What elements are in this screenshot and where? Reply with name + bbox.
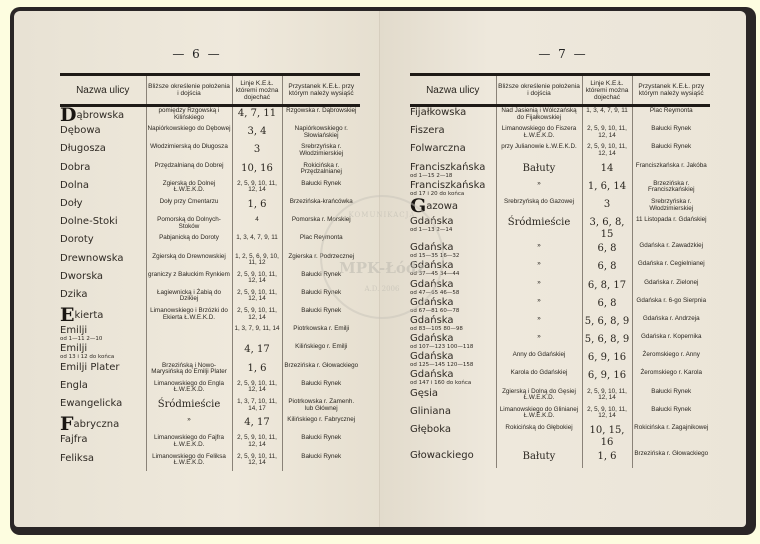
house-number-range: od 1—13 2—14 [410,227,495,233]
tram-stop-cell: Bałucki Rynek [632,143,710,161]
tram-stop-cell: Gdańska r. Kopernika [632,333,710,351]
col-directions: Bliższe określenie położenia i dojścia [146,75,232,106]
tram-lines-cell: 2, 5, 9, 10, 11, 12, 14 [232,180,282,198]
street-name: Dolne-Stoki [60,216,146,234]
street-label: Gdańska [410,297,454,308]
tram-stop-cell: Żeromskiego r. Karola [632,369,710,387]
table-row: FijałkowskaNad Jasienią i Wólczańską do … [410,106,710,126]
street-name: Emilji Plater [60,362,146,380]
street-label: azowa [426,201,458,212]
directions-cell [146,343,232,361]
tram-stop-cell: Gdańska r. Cegielnianej [632,260,710,278]
col-lines: Linje K.E.Ł. któremi można dojechać [582,75,632,106]
page-number: — 6 — [14,47,380,61]
street-label: Gdańska [410,315,454,326]
drop-cap: F [60,413,74,435]
tram-stop-cell: Bałucki Rynek [282,307,360,325]
tram-lines-cell: 1, 6 [232,362,282,380]
tram-stop-cell: Franciszkańska r. Jakóba [632,162,710,180]
directions-cell: Limanowskiego do Feliksa Ł.W.E.K.D. [146,453,232,471]
table-body: FijałkowskaNad Jasienią i Wólczańską do … [410,106,710,469]
street-name: Dębowa [60,125,146,143]
tram-stop-cell: Napiórkowskiego r. Słowiańskiej [282,125,360,143]
right-page: — 7 — Nazwa ulicy Bliższe określenie poł… [380,11,746,527]
tram-lines-cell: 2, 5, 9, 10, 11, 12, 14 [582,388,632,406]
directions-cell: graniczy z Bałuckim Rynkiem [146,271,232,289]
directions-cell: Srebrzyńską do Gazowej [496,198,582,216]
table-row: GęsiaZgierską i Dolną do Gęsiej Ł.W.E.K.… [410,388,710,406]
table-row: GłębokaRokicińską do Głębokiej10, 15, 16… [410,424,710,450]
table-row: DorotyPabjanicką do Doroty1, 3, 4, 7, 9,… [60,234,360,252]
tram-lines-cell: 6, 8, 17 [582,279,632,297]
directions-cell: Rokicińską do Głębokiej [496,424,582,450]
street-label: Doły [60,198,83,209]
tram-stop-cell: Plac Reymonta [282,234,360,252]
tram-stop-cell: 11 Listopada r. Gdańskiej [632,216,710,242]
table-header: Nazwa ulicy Bliższe określenie położenia… [410,75,710,106]
street-label: Gdańska [410,242,454,253]
directions-cell: Łagiewnicką i Żabią do Dzikiej [146,289,232,307]
street-name: Głowackiego [410,450,496,468]
left-page: — 6 — Nazwa ulicy Bliższe określenie poł… [14,11,380,527]
house-number-range: od 125—145 120—158 [410,362,495,368]
street-label: Ewangelicka [60,398,122,409]
street-label: Fiszera [410,125,445,136]
directions-cell: » [496,315,582,333]
table-row: DługoszaWłodzimierską do Długosza3Srebrz… [60,143,360,161]
table-row: Gdańskaod 37—45 34—44»6, 8Gdańska r. Ceg… [410,260,710,278]
tram-lines-cell: 6, 8 [582,260,632,278]
street-name: Dolna [60,180,146,198]
directions-cell: Śródmieście [146,398,232,416]
tram-stop-cell: Pomorska r. Morskiej [282,216,360,234]
street-label: Gdańska [410,369,454,380]
table-header: Nazwa ulicy Bliższe określenie położenia… [60,75,360,106]
street-name: Gdańskaod 83—105 80—98 [410,315,496,333]
tram-lines-cell: 2, 5, 9, 10, 11, 12, 14 [232,307,282,325]
street-name: Fabryczna [60,416,146,434]
tram-lines-cell: 2, 5, 9, 10, 11, 12, 14 [582,125,632,143]
street-label: abryczna [74,419,120,430]
table-row: GazowaSrebrzyńską do Gazowej3Srebrzyńska… [410,198,710,216]
table-row: Franciszkańskaod 1—15 2—18Bałuty14Franci… [410,162,710,180]
directions-cell: Limanowskiego i Brzózki do Ekierta Ł.W.E… [146,307,232,325]
directions-cell: Przędzalnianą do Dobrej [146,162,232,180]
tram-lines-cell: 1, 6, 14 [582,180,632,198]
page-number: — 7 — [380,47,746,61]
street-label: Gdańska [410,279,454,290]
directions-cell: » [496,180,582,198]
street-name: Gdańskaod 147 i 160 do końca [410,369,496,387]
street-label: Głowackiego [410,450,474,461]
tram-stop-cell: Bałucki Rynek [282,289,360,307]
street-name: Dąbrowska [60,106,146,126]
street-label: Emilji [60,343,87,354]
tram-stop-cell: Bałucki Rynek [282,271,360,289]
street-label: Doroty [60,234,94,245]
street-name: Gęsia [410,388,496,406]
tram-stop-cell: Rzgowska r. Dąbrowskiej [282,106,360,126]
street-name: Dworska [60,271,146,289]
drop-cap: D [60,104,76,126]
street-label: Dzika [60,289,87,300]
tram-lines-cell: 3, 6, 8, 15 [582,216,632,242]
tram-lines-cell: 2, 5, 9, 10, 11, 12, 14 [232,289,282,307]
tram-stop-cell: Bałucki Rynek [282,380,360,398]
tram-lines-cell: 10, 15, 16 [582,424,632,450]
table-row: Dolne-StokiPomorską do Dolnych-Stoków4Po… [60,216,360,234]
tram-stop-cell: Gdańska r. Zielonej [632,279,710,297]
tram-stop-cell: Plac Reymonta [632,106,710,126]
street-label: Folwarczna [410,143,466,154]
tram-lines-cell: 6, 8 [582,242,632,260]
street-label: kierta [74,310,103,321]
tram-stop-cell: Piotrkowska r. Emilji [282,325,360,343]
directions-cell: Limanowskiego do Engla Ł.W.E.K.D. [146,380,232,398]
table-row: Gdańskaod 83—105 80—98»5, 6, 8, 9Gdańska… [410,315,710,333]
street-label: Gdańska [410,260,454,271]
tram-lines-cell: 1, 3, 4, 7, 9, 11 [582,106,632,126]
street-label: Franciszkańska [410,162,485,173]
directions-cell: » [496,260,582,278]
tram-lines-cell: 2, 5, 9, 10, 11, 12, 14 [232,380,282,398]
col-directions: Bliższe określenie położenia i dojścia [496,75,582,106]
house-number-range: od 47—65 46—58 [410,290,495,296]
street-label: Fijałkowska [410,107,466,118]
street-name: Doły [60,198,146,216]
directions-cell: Limanowskiego do Fiszera Ł.W.E.K.D. [496,125,582,143]
street-name: Fijałkowska [410,106,496,126]
tram-stop-cell: Brzezińska r. Głowackiego [632,450,710,468]
directions-cell: pomiędzy Rzgowską i Kilińskiego [146,106,232,126]
house-number-range: od 13 i 12 do końca [60,354,145,360]
directions-cell: » [146,416,232,434]
directions-cell [146,325,232,343]
table-row: FajfraLimanowskiego do Fajfra Ł.W.E.K.D.… [60,434,360,452]
street-name: Gdańskaod 67—81 60—78 [410,297,496,315]
street-name: Gliniana [410,406,496,424]
street-label: Fajfra [60,434,88,445]
tram-stop-cell: Srebrzyńska r. Włodzimierskiej [632,198,710,216]
street-table-left: Nazwa ulicy Bliższe określenie położenia… [60,73,360,471]
table-row: Folwarcznaprzy Julianowie Ł.W.E.K.D.2, 5… [410,143,710,161]
tram-stop-cell: Kilińskiego r. Fabrycznej [282,416,360,434]
directions-cell: Napiórkowskiego do Dębowej [146,125,232,143]
col-street: Nazwa ulicy [410,75,496,106]
table-row: FeliksaLimanowskiego do Feliksa Ł.W.E.K.… [60,453,360,471]
street-name: Gdańskaod 107—123 100—118 [410,333,496,351]
table-row: EnglaLimanowskiego do Engla Ł.W.E.K.D.2,… [60,380,360,398]
directions-cell: Karola do Gdańskiej [496,369,582,387]
tram-lines-cell: 10, 16 [232,162,282,180]
table-row: Gdańskaod 147 i 160 do końcaKarola do Gd… [410,369,710,387]
table-row: DolnaZgierską do Dolnej Ł.W.E.K.D.2, 5, … [60,180,360,198]
street-name: Gdańskaod 125—145 120—158 [410,351,496,369]
tram-stop-cell: Kilińskiego r. Emilji [282,343,360,361]
col-stop: Przystanek K.E.Ł. przy którym należy wys… [632,75,710,106]
tram-stop-cell: Bałucki Rynek [282,453,360,471]
directions-cell: Bałuty [496,162,582,180]
tram-stop-cell: Bałucki Rynek [632,388,710,406]
table-row: Gdańskaod 15—35 16—32»6, 8Gdańska r. Zaw… [410,242,710,260]
table-row: Emiljiod 13 i 12 do końca4, 17Kilińskieg… [60,343,360,361]
tram-lines-cell: 1, 3, 7, 10, 11, 14, 17 [232,398,282,416]
directions-cell: Brzezińską i Nowo-Marysińską do Emilji P… [146,362,232,380]
col-street: Nazwa ulicy [60,75,146,106]
table-row: DrewnowskaZgierską do Drewnowskiej1, 2, … [60,253,360,271]
tram-stop-cell: Bałucki Rynek [282,180,360,198]
street-label: Feliksa [60,453,94,464]
street-label: Gdańska [410,216,454,227]
tram-lines-cell: 2, 5, 9, 10, 11, 12, 14 [582,143,632,161]
street-name: Folwarczna [410,143,496,161]
table-row: Gdańskaod 47—65 46—58»6, 8, 17Gdańska r.… [410,279,710,297]
street-label: Drewnowska [60,253,124,264]
tram-stop-cell: Brzezińska r. Głowackiego [282,362,360,380]
tram-stop-cell: Brzezińska-krańcówka [282,198,360,216]
tram-lines-cell: 2, 5, 9, 10, 11, 12, 14 [232,271,282,289]
tram-lines-cell: 1, 3, 4, 7, 9, 11 [232,234,282,252]
tram-lines-cell: 3, 4 [232,125,282,143]
tram-stop-cell: Bałucki Rynek [632,125,710,143]
street-name: Gdańskaod 47—65 46—58 [410,279,496,297]
street-label: Dolna [60,180,89,191]
tram-stop-cell: Gdańska r. 6-go Sierpnia [632,297,710,315]
street-label: Gdańska [410,351,454,362]
table-row: Franciszkańskaod 17 i 20 do końca»1, 6, … [410,180,710,198]
directions-cell: » [496,242,582,260]
tram-lines-cell: 4, 17 [232,343,282,361]
directions-cell: Zgierską do Drewnowskiej [146,253,232,271]
street-name: Emiljiod 1—11 2—10 [60,325,146,343]
street-label: Długosza [60,143,106,154]
table-row: Gdańskaod 67—81 60—78»6, 8Gdańska r. 6-g… [410,297,710,315]
street-label: Dworska [60,271,103,282]
tram-stop-cell: Srebrzyńska r. Włodzimierskiej [282,143,360,161]
street-label: Franciszkańska [410,180,485,191]
street-label: Gliniana [410,406,451,417]
house-number-range: od 147 i 160 do końca [410,380,495,386]
house-number-range: od 67—81 60—78 [410,308,495,314]
directions-cell: » [496,333,582,351]
tram-lines-cell: 5, 6, 8, 9 [582,333,632,351]
street-label: ąbrowska [76,110,124,121]
directions-cell: przy Julianowie Ł.W.E.K.D. [496,143,582,161]
col-lines: Linje K.E.Ł. któremi można dojechać [232,75,282,106]
table-row: DzikaŁagiewnicką i Żabią do Dzikiej2, 5,… [60,289,360,307]
directions-cell: Limanowskiego do Fajfra Ł.W.E.K.D. [146,434,232,452]
tram-stop-cell: Gdańska r. Zawadzkiej [632,242,710,260]
table-row: Fabryczna»4, 17Kilińskiego r. Fabrycznej [60,416,360,434]
table-row: DołyDoły przy Cmentarzu1, 6Brzezińska-kr… [60,198,360,216]
street-name: Drewnowska [60,253,146,271]
tram-stop-cell: Piotrkowska r. Zamenh. lub Głównej [282,398,360,416]
directions-cell: Śródmieście [496,216,582,242]
tram-lines-cell: 6, 9, 16 [582,369,632,387]
tram-stop-cell: Zgierska r. Podrzecznej [282,253,360,271]
street-name: Doroty [60,234,146,252]
directions-cell: Bałuty [496,450,582,468]
tram-lines-cell: 1, 3, 7, 9, 11, 14 [232,325,282,343]
street-label: Emilji Plater [60,362,119,373]
house-number-range: od 1—11 2—10 [60,336,145,342]
street-name: Emiljiod 13 i 12 do końca [60,343,146,361]
tram-stop-cell: Gdańska r. Andrzeja [632,315,710,333]
tram-lines-cell: 4, 17 [232,416,282,434]
directions-cell: Zgierską i Dolną do Gęsiej Ł.W.E.K.D. [496,388,582,406]
directions-cell: Doły przy Cmentarzu [146,198,232,216]
table-row: EkiertaLimanowskiego i Brzózki do Ekiert… [60,307,360,325]
tram-lines-cell: 4, 7, 11 [232,106,282,126]
drop-cap: G [410,195,426,217]
tram-lines-cell: 2, 5, 9, 10, 11, 12, 14 [232,453,282,471]
directions-cell: Nad Jasienią i Wólczańską do Fijałkowski… [496,106,582,126]
table-body: Dąbrowskapomiędzy Rzgowską i Kilińskiego… [60,106,360,471]
street-label: Engla [60,380,88,391]
tram-lines-cell: 4 [232,216,282,234]
street-label: Dolne-Stoki [60,216,118,227]
table-row: GlinianaLimanowskiego do Glinianej Ł.W.E… [410,406,710,424]
directions-cell: Anny do Gdańskiej [496,351,582,369]
street-name: Dobra [60,162,146,180]
house-number-range: od 107—123 100—118 [410,344,495,350]
table-row: Emilji PlaterBrzezińską i Nowo-Marysińsk… [60,362,360,380]
table-row: DobraPrzędzalnianą do Dobrej10, 16Rokici… [60,162,360,180]
tram-stop-cell: Rokicińska r. Przędzalnianej [282,162,360,180]
directions-cell: Włodzimierską do Długosza [146,143,232,161]
table-row: Dąbrowskapomiędzy Rzgowską i Kilińskiego… [60,106,360,126]
street-name: Ekierta [60,307,146,325]
tram-stop-cell: Brzezińska r. Franciszkańskiej [632,180,710,198]
house-number-range: od 83—105 80—98 [410,326,495,332]
street-label: Głęboka [410,424,451,435]
table-row: Dworskagraniczy z Bałuckim Rynkiem2, 5, … [60,271,360,289]
tram-lines-cell: 3 [232,143,282,161]
street-name: Gdańskaod 15—35 16—32 [410,242,496,260]
tram-stop-cell: Rokicińska r. Zagajnikowej [632,424,710,450]
house-number-range: od 1—15 2—18 [410,173,495,179]
tram-lines-cell: 2, 5, 9, 10, 11, 12, 14 [232,434,282,452]
table-row: Gdańskaod 125—145 120—158Anny do Gdański… [410,351,710,369]
street-table-right: Nazwa ulicy Bliższe określenie położenia… [410,73,710,468]
street-name: Gdańskaod 37—45 34—44 [410,260,496,278]
table-row: Emiljiod 1—11 2—101, 3, 7, 9, 11, 14Piot… [60,325,360,343]
col-stop: Przystanek K.E.Ł. przy którym należy wys… [282,75,360,106]
street-label: Gdańska [410,333,454,344]
drop-cap: E [60,304,74,326]
directions-cell: » [496,279,582,297]
tram-lines-cell: 3 [582,198,632,216]
tram-stop-cell: Bałucki Rynek [282,434,360,452]
street-name: Engla [60,380,146,398]
table-row: FiszeraLimanowskiego do Fiszera Ł.W.E.K.… [410,125,710,143]
tram-lines-cell: 2, 5, 9, 10, 11, 12, 14 [582,406,632,424]
street-label: Emilji [60,325,87,336]
tram-lines-cell: 6, 8 [582,297,632,315]
table-row: DębowaNapiórkowskiego do Dębowej3, 4Napi… [60,125,360,143]
street-name: Fajfra [60,434,146,452]
tram-stop-cell: Żeromskiego r. Anny [632,351,710,369]
directions-cell: Pomorską do Dolnych-Stoków [146,216,232,234]
street-label: Dębowa [60,125,101,136]
street-name: Długosza [60,143,146,161]
table-row: Gdańskaod 1—13 2—14Śródmieście3, 6, 8, 1… [410,216,710,242]
street-name: Głęboka [410,424,496,450]
table-row: Gdańskaod 107—123 100—118»5, 6, 8, 9Gdań… [410,333,710,351]
tram-stop-cell: Bałucki Rynek [632,406,710,424]
tram-lines-cell: 1, 6 [232,198,282,216]
tram-lines-cell: 6, 9, 16 [582,351,632,369]
house-number-range: od 15—35 16—32 [410,253,495,259]
tram-lines-cell: 1, 6 [582,450,632,468]
street-name: Feliksa [60,453,146,471]
tram-lines-cell: 14 [582,162,632,180]
directions-cell: » [496,297,582,315]
street-label: Gęsia [410,388,438,399]
street-name: Fiszera [410,125,496,143]
street-name: Gazowa [410,198,496,216]
directions-cell: Limanowskiego do Glinianej Ł.W.E.K.D. [496,406,582,424]
street-label: Dobra [60,162,90,173]
table-row: GłowackiegoBałuty1, 6Brzezińska r. Głowa… [410,450,710,468]
street-name: Franciszkańskaod 1—15 2—18 [410,162,496,180]
directions-cell: Pabjanicką do Doroty [146,234,232,252]
street-name: Gdańskaod 1—13 2—14 [410,216,496,242]
directions-cell: Zgierską do Dolnej Ł.W.E.K.D. [146,180,232,198]
tram-lines-cell: 5, 6, 8, 9 [582,315,632,333]
tram-lines-cell: 1, 2, 5, 6, 9, 10, 11, 12 [232,253,282,271]
table-row: EwangelickaŚródmieście1, 3, 7, 10, 11, 1… [60,398,360,416]
house-number-range: od 37—45 34—44 [410,271,495,277]
